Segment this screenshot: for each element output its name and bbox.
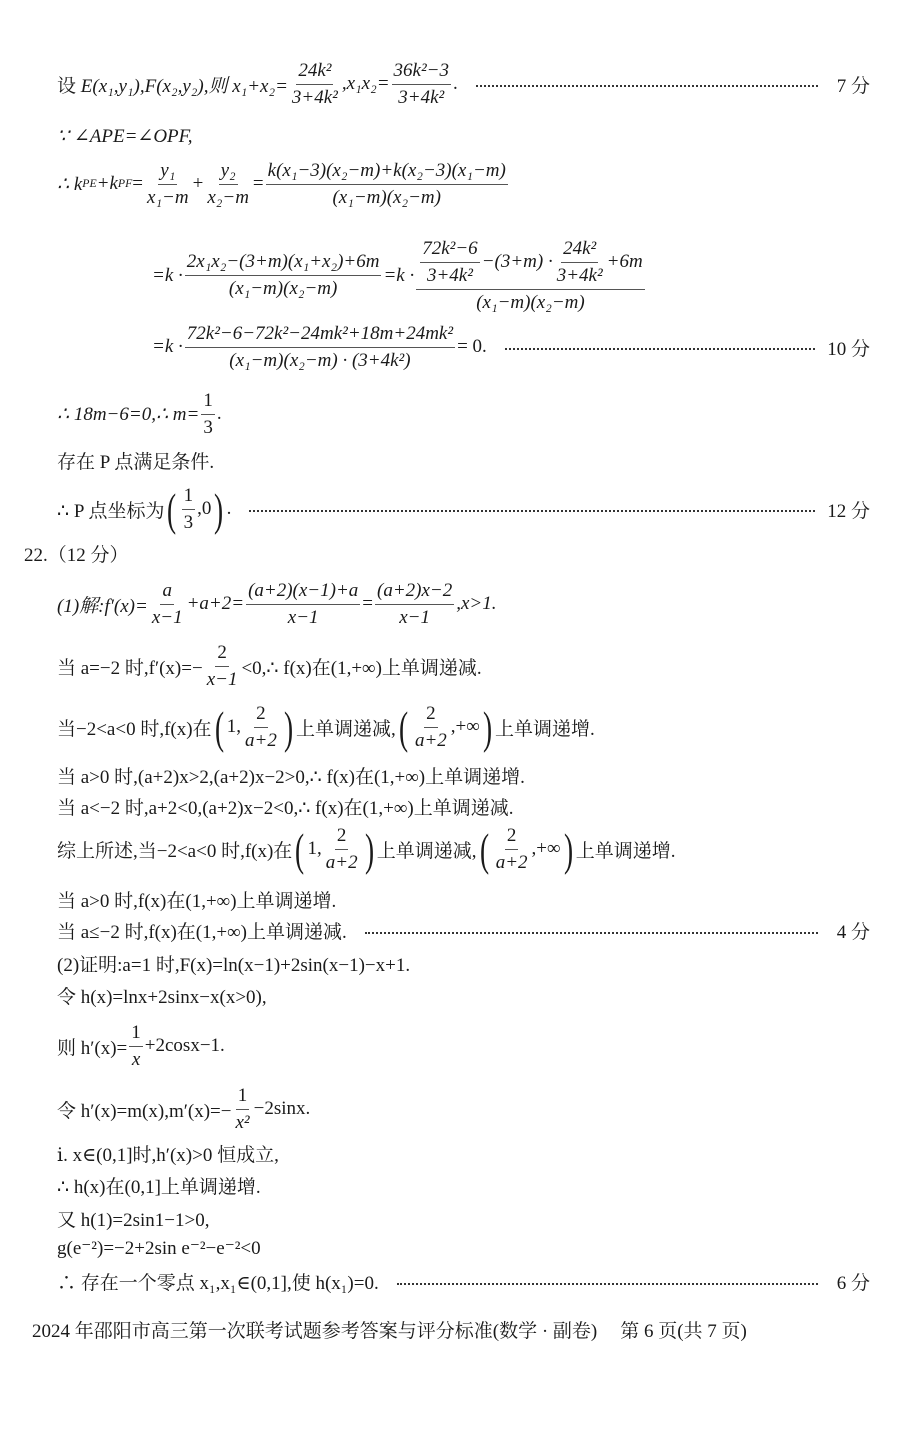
math-expr: =k · — [152, 265, 183, 287]
math-expr: +k — [97, 173, 118, 195]
summary-line: 综上所述,当−2<a<0 时,f(x)在 ( 1, 2a+2 ) 上单调递减, … — [57, 825, 870, 874]
fraction: k(x₁−3)(x₂−m)+k(x₂−3)(x₁−m)(x₁−m)(x₂−m) — [266, 160, 508, 209]
fraction: 13 — [201, 390, 215, 439]
math-expr: +2cosx−1. — [145, 1035, 225, 1057]
period: . — [227, 498, 232, 520]
angle-condition: ∵ ∠APE=∠OPF, — [57, 125, 870, 148]
text: 令 h′(x)=m(x),m′(x)=− — [57, 1096, 231, 1123]
define-m: 令 h′(x)=m(x),m′(x)=− 1x² −2sinx. — [57, 1085, 870, 1134]
fraction: 13 — [182, 485, 196, 534]
math-expr: 1, — [227, 716, 241, 738]
numerator: 1 — [201, 390, 215, 415]
denominator: (x₁−m)(x₂−m) · (3+4k²) — [227, 348, 412, 372]
denominator: x — [130, 1047, 142, 1071]
fraction: (a+2)(x−1)+ax−1 — [246, 580, 360, 629]
math-expr: 1, — [308, 838, 322, 860]
numerator: 36k²−3 — [392, 60, 451, 85]
heading: 22.（12 分） — [24, 540, 129, 567]
left-paren: ( — [295, 827, 304, 873]
fraction: 24k²3+4k² — [555, 238, 605, 287]
denominator: x₂−m — [205, 185, 251, 209]
math-expr: ∴ k — [57, 173, 82, 196]
score-leader-dots — [249, 510, 815, 512]
numerator: 2 — [254, 703, 268, 728]
case-a-lt-neg2: 当 a<−2 时,a+2<0,(a+2)x−2<0,∴ f(x)在(1,+∞)上… — [57, 793, 870, 820]
summary-a-le-neg2: 当 a≤−2 时,f(x)在(1,+∞)上单调递减. 4 分 — [57, 917, 870, 944]
question-heading-22: 22.（12 分） — [24, 540, 870, 567]
text: ∵ ∠APE=∠OPF, — [57, 125, 193, 148]
denominator: 3+4k² — [290, 85, 340, 109]
right-paren: ) — [284, 705, 293, 751]
numerator: 2 — [505, 825, 519, 850]
math-expr: +a+2= — [187, 593, 244, 615]
text: 又 h(1)=2sin1−1>0, — [57, 1205, 209, 1232]
case-neg2-lt-a-lt-0: 当−2<a<0 时,f(x)在 ( 1, 2a+2 ) 上单调递减, ( 2a+… — [57, 703, 870, 752]
score-leader-dots — [476, 85, 818, 87]
fraction: 2a+2 — [243, 703, 279, 752]
h-at-1: 又 h(1)=2sin1−1>0, — [57, 1205, 870, 1232]
numerator: 2x₁x₂−(3+m)(x₁+x₂)+6m — [185, 251, 382, 276]
numerator: 1 — [236, 1085, 250, 1110]
score-label: 12 分 — [827, 496, 870, 523]
math-expr: E(x₁,y₁),F(x₂,y₂),则 x₁+x₂= — [81, 71, 288, 98]
numerator: 2 — [424, 703, 438, 728]
fraction: y₂x₂−m — [205, 160, 251, 209]
text: ⅰ. x∈(0,1]时,h′(x)>0 恒成立, — [57, 1140, 279, 1167]
page-number: 第 6 页(共 7 页) — [620, 1321, 747, 1342]
right-paren: ) — [365, 827, 374, 873]
fraction: 2a+2 — [413, 703, 449, 752]
fraction: 24k²3+4k² — [290, 60, 340, 109]
numerator: 2 — [215, 642, 229, 667]
text: 当 a=−2 时,f′(x)=− — [57, 653, 203, 680]
denominator: x−1 — [286, 605, 321, 629]
text: (2)证明:a=1 时,F(x)=ln(x−1)+2sin(x−1)−x+1. — [57, 950, 410, 977]
math-expr: −2sinx. — [254, 1098, 311, 1120]
score-label: 10 分 — [827, 334, 870, 361]
text: 当 a<−2 时,a+2<0,(a+2)x−2<0,∴ f(x)在(1,+∞)上… — [57, 793, 513, 820]
text: 上单调递减, — [296, 714, 396, 741]
math-expr: −(3+m) · — [482, 251, 553, 273]
score-leader-dots — [505, 348, 815, 350]
text: 则 h′(x)= — [57, 1033, 127, 1060]
denominator: a+2 — [494, 850, 530, 874]
numerator: k(x₁−3)(x₂−m)+k(x₂−3)(x₁−m) — [266, 160, 508, 185]
text: ∴ h(x)在(0,1]上单调递增. — [57, 1172, 261, 1199]
fraction: 36k²−33+4k² — [392, 60, 451, 109]
left-paren: ( — [399, 705, 408, 751]
denominator: a+2 — [243, 728, 279, 752]
text-line-exists-p: 存在 P 点满足条件. — [57, 447, 870, 474]
numerator: 2 — [335, 825, 349, 850]
text-prefix: 设 — [57, 71, 76, 98]
numerator: (a+2)x−2 — [375, 580, 454, 605]
fraction: 2x−1 — [205, 642, 240, 691]
math-expr: +6m — [607, 251, 643, 273]
left-paren: ( — [167, 487, 176, 533]
text: g(e⁻²)=−2+2sin e⁻²−e⁻²<0 — [57, 1237, 261, 1260]
score-label: 4 分 — [830, 917, 870, 944]
fraction: 72k²−63+4k² — [420, 238, 479, 287]
equation-line-derivative: (1)解:f′(x)= ax−1 +a+2= (a+2)(x−1)+ax−1 =… — [57, 580, 870, 629]
right-paren: ) — [564, 827, 573, 873]
denominator: (x₁−m)(x₂−m) — [474, 290, 586, 314]
zero-exists: ∴ 存在一个零点 x₁,x₁∈(0,1],使 h(x₁)=0. 6 分 — [57, 1268, 870, 1295]
denominator: x₁−m — [145, 185, 191, 209]
denominator: 3+4k² — [425, 263, 475, 287]
denominator: a+2 — [324, 850, 360, 874]
fraction: 2x₁x₂−(3+m)(x₁+x₂)+6m(x₁−m)(x₂−m) — [185, 251, 382, 300]
denominator: x−1 — [397, 605, 432, 629]
text: 当 a>0 时,(a+2)x>2,(a+2)x−2>0,∴ f(x)在(1,+∞… — [57, 762, 525, 789]
text: 综上所述,当−2<a<0 时,f(x)在 — [57, 836, 292, 863]
period: . — [453, 73, 458, 95]
fraction: 1x² — [233, 1085, 251, 1134]
math-expr: ∴ 18m−6=0,∴ m= — [57, 403, 199, 426]
equation-line-slope-sum: ∴ kPE +kPF = y₁x₁−m+ y₂x₂−m= k(x₁−3)(x₂−… — [57, 160, 870, 209]
denominator: 3+4k² — [396, 85, 446, 109]
text: 令 h(x)=lnx+2sinx−x(x>0), — [57, 982, 267, 1009]
fraction: (a+2)x−2x−1 — [375, 580, 454, 629]
math-expr: ,+∞ — [532, 838, 561, 860]
text: 存在 P 点满足条件. — [57, 447, 214, 474]
numerator: a — [160, 580, 174, 605]
period: . — [217, 403, 222, 425]
score-label: 7 分 — [830, 71, 870, 98]
numerator: 72k²−6−72k²−24mk²+18m+24mk² — [185, 323, 455, 348]
case-i: ⅰ. x∈(0,1]时,h′(x)>0 恒成立, — [57, 1140, 870, 1167]
page-footer: 2024 年邵阳市高三第一次联考试题参考答案与评分标准(数学 · 副卷) 第 6… — [32, 1316, 751, 1343]
denominator: x−1 — [205, 667, 240, 691]
denominator: x² — [233, 1110, 251, 1134]
equals: = — [132, 173, 143, 195]
part2-proof-start: (2)证明:a=1 时,F(x)=ln(x−1)+2sin(x−1)−x+1. — [57, 950, 870, 977]
define-h: 令 h(x)=lnx+2sinx−x(x>0), — [57, 982, 870, 1009]
text: 当−2<a<0 时,f(x)在 — [57, 714, 212, 741]
denominator: 3 — [182, 510, 196, 534]
equation-line-p-coordinate: ∴ P 点坐标为 ( 13 ,0 ) . 12 分 — [57, 485, 870, 534]
math-expr: ,0 — [197, 498, 211, 520]
math-expr: = 0. — [457, 336, 487, 358]
fraction: 2a+2 — [494, 825, 530, 874]
math-expr: ,x>1. — [456, 593, 496, 615]
case-a-eq-neg2: 当 a=−2 时,f′(x)=− 2x−1 <0,∴ f(x)在(1,+∞)上单… — [57, 642, 870, 691]
numerator: y₂ — [219, 160, 238, 185]
math-expr: (1)解:f′(x)= — [57, 591, 148, 618]
h-derivative: 则 h′(x)= 1x +2cosx−1. — [57, 1022, 870, 1071]
denominator: 3+4k² — [555, 263, 605, 287]
left-paren: ( — [215, 705, 224, 751]
text: 当 a≤−2 时,f(x)在(1,+∞)上单调递减. — [57, 917, 347, 944]
text: 当 a>0 时,f(x)在(1,+∞)上单调递增. — [57, 886, 336, 913]
text: 上单调递增. — [495, 714, 595, 741]
math-expr: =k · — [383, 265, 414, 287]
numerator: 24k² — [561, 238, 598, 263]
math-expr: ,+∞ — [451, 716, 480, 738]
numerator: y₁ — [158, 160, 177, 185]
denominator: x−1 — [150, 605, 185, 629]
numerator: 24k² — [296, 60, 333, 85]
text: 上单调递增. — [576, 836, 676, 863]
score-leader-dots — [365, 932, 818, 934]
equation-line-vieta: 设 E(x₁,y₁),F(x₂,y₂),则 x₁+x₂= 24k²3+4k² ,… — [57, 60, 870, 109]
text: <0,∴ f(x)在(1,+∞)上单调递减. — [241, 653, 481, 680]
numerator: 1 — [129, 1022, 143, 1047]
right-paren: ) — [214, 487, 223, 533]
left-paren: ( — [480, 827, 489, 873]
fraction: 1x — [129, 1022, 143, 1071]
compound-fraction: 72k²−63+4k² −(3+m) · 24k²3+4k² +6m (x₁−m… — [416, 238, 644, 314]
denominator: 3 — [201, 415, 215, 439]
score-leader-dots — [397, 1283, 818, 1285]
g-at-e-neg2: g(e⁻²)=−2+2sin e⁻²−e⁻²<0 — [57, 1237, 870, 1260]
text: 上单调递减, — [377, 836, 477, 863]
h-increasing: ∴ h(x)在(0,1]上单调递增. — [57, 1172, 870, 1199]
fraction: 2a+2 — [324, 825, 360, 874]
denominator: a+2 — [413, 728, 449, 752]
text: ∴ 存在一个零点 x₁,x₁∈(0,1],使 h(x₁)=0. — [57, 1268, 379, 1295]
equation-line-result-zero: =k · 72k²−6−72k²−24mk²+18m+24mk²(x₁−m)(x… — [152, 323, 870, 372]
numerator: 1 — [182, 485, 196, 510]
denominator: (x₁−m)(x₂−m) — [330, 185, 442, 209]
right-paren: ) — [483, 705, 492, 751]
fraction: 72k²−6−72k²−24mk²+18m+24mk²(x₁−m)(x₂−m) … — [185, 323, 455, 372]
fraction: ax−1 — [150, 580, 185, 629]
numerator: (a+2)(x−1)+a — [246, 580, 360, 605]
denominator: (x₁−m)(x₂−m) — [227, 276, 339, 300]
math-expr: =k · — [152, 336, 183, 358]
equation-line-substitute: =k · 2x₁x₂−(3+m)(x₁+x₂)+6m(x₁−m)(x₂−m) =… — [152, 238, 870, 314]
footer-title: 2024 年邵阳市高三第一次联考试题参考答案与评分标准(数学 · 副卷) — [32, 1321, 597, 1342]
fraction: y₁x₁−m — [145, 160, 191, 209]
numerator: 72k²−63+4k² −(3+m) · 24k²3+4k² +6m — [416, 238, 644, 290]
case-a-gt-0: 当 a>0 时,(a+2)x>2,(a+2)x−2>0,∴ f(x)在(1,+∞… — [57, 762, 870, 789]
math-expr: ,x₁x₂= — [342, 73, 390, 95]
numerator: 72k²−6 — [420, 238, 479, 263]
equation-line-solve-m: ∴ 18m−6=0,∴ m= 13 . — [57, 390, 870, 439]
text: ∴ P 点坐标为 — [57, 496, 164, 523]
score-label: 6 分 — [830, 1268, 870, 1295]
summary-a-gt-0: 当 a>0 时,f(x)在(1,+∞)上单调递增. — [57, 886, 870, 913]
equals: = — [362, 593, 373, 615]
